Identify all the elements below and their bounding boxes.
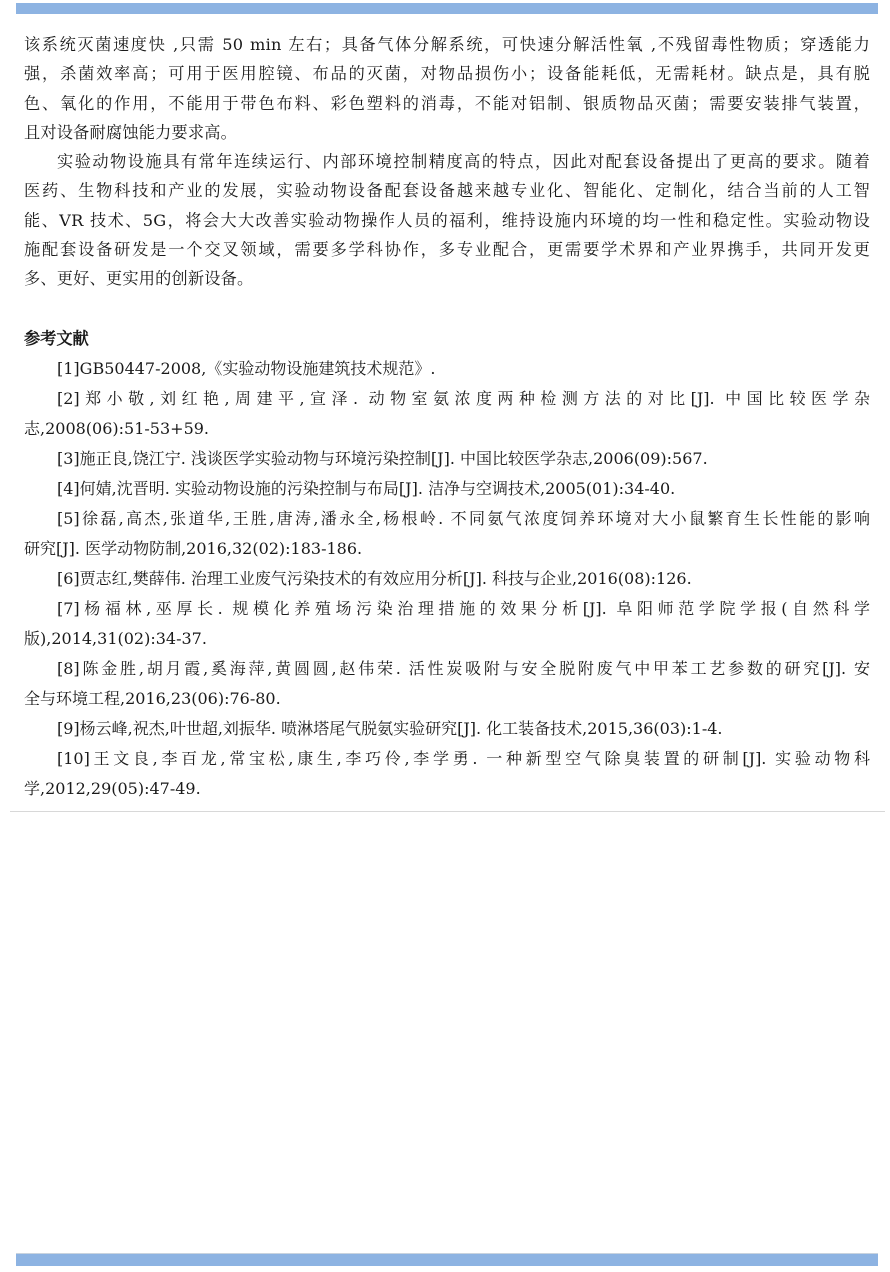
header-bar (16, 3, 878, 14)
text-line: 医药、生物科技和产业的发展，实验动物设备配套设备越来越专业化、智能化、定制化，结… (24, 176, 870, 205)
text-line: 强，杀菌效率高；可用于医用腔镜、布品的灭菌，对物品损伤小；设备能耗低，无需耗材。… (24, 59, 870, 88)
text-line: 多、更好、更实用的创新设备。 (24, 264, 870, 293)
reference-item-4: [4]何婧,沈晋明. 实验动物设施的污染控制与布局[J]. 洁净与空调技术,20… (24, 474, 870, 504)
paragraph-1: 该系统灭菌速度快 ,只需 50 min 左右；具备气体分解系统，可快速分解活性氧… (24, 30, 870, 147)
reference-item-10-cont: 学,2012,29(05):47-49. (24, 774, 870, 804)
text-line: 该系统灭菌速度快 ,只需 50 min 左右；具备气体分解系统，可快速分解活性氧… (24, 30, 870, 59)
text-line: 实验动物设施具有常年连续运行、内部环境控制精度高的特点，因此对配套设备提出了更高… (24, 147, 870, 176)
reference-item-2: [2]郑小敬,刘红艳,周建平,宣泽. 动物室氨浓度两种检测方法的对比[J]. 中… (24, 384, 870, 414)
text-line: 且对设备耐腐蚀能力要求高。 (24, 118, 870, 147)
text-line: 施配套设备研发是一个交叉领域，需要多学科协作，多专业配合，更需要学术界和产业界携… (24, 235, 870, 264)
section-divider (10, 811, 885, 812)
reference-item-7-cont: 版),2014,31(02):34-37. (24, 624, 870, 654)
spacer (24, 294, 870, 323)
reference-item-3: [3]施正良,饶江宁. 浅谈医学实验动物与环境污染控制[J]. 中国比较医学杂志… (24, 444, 870, 474)
references-list: [1]GB50447-2008,《实验动物设施建筑技术规范》. [2]郑小敬,刘… (24, 354, 870, 804)
text-line: 能、VR 技术、5G，将会大大改善实验动物操作人员的福利，维持设施内环境的均一性… (24, 206, 870, 235)
reference-item-6: [6]贾志红,樊薛伟. 治理工业废气污染技术的有效应用分析[J]. 科技与企业,… (24, 564, 870, 594)
document-body: 该系统灭菌速度快 ,只需 50 min 左右；具备气体分解系统，可快速分解活性氧… (24, 30, 870, 804)
paragraph-2: 实验动物设施具有常年连续运行、内部环境控制精度高的特点，因此对配套设备提出了更高… (24, 147, 870, 293)
reference-item-5: [5]徐磊,高杰,张道华,王胜,唐涛,潘永全,杨根岭. 不同氨气浓度饲养环境对大… (24, 504, 870, 534)
footer-bar (16, 1253, 878, 1266)
reference-item-7: [7]杨福林,巫厚长. 规模化养殖场污染治理措施的效果分析[J]. 阜阳师范学院… (24, 594, 870, 624)
reference-item-10: [10]王文良,李百龙,常宝松,康生,李巧伶,李学勇. 一种新型空气除臭装置的研… (24, 744, 870, 774)
reference-item-8: [8]陈金胜,胡月霞,奚海萍,黄圆圆,赵伟荣. 活性炭吸附与安全脱附废气中甲苯工… (24, 654, 870, 684)
reference-item-1: [1]GB50447-2008,《实验动物设施建筑技术规范》. (24, 354, 870, 384)
reference-item-5-cont: 研究[J]. 医学动物防制,2016,32(02):183-186. (24, 534, 870, 564)
reference-item-9: [9]杨云峰,祝杰,叶世超,刘振华. 喷淋塔尾气脱氨实验研究[J]. 化工装备技… (24, 714, 870, 744)
references-heading: 参考文献 (24, 324, 870, 354)
reference-item-2-cont: 志,2008(06):51-53+59. (24, 414, 870, 444)
reference-item-8-cont: 全与环境工程,2016,23(06):76-80. (24, 684, 870, 714)
text-line: 色、氧化的作用，不能用于带色布料、彩色塑料的消毒，不能对铝制、银质物品灭菌；需要… (24, 89, 870, 118)
